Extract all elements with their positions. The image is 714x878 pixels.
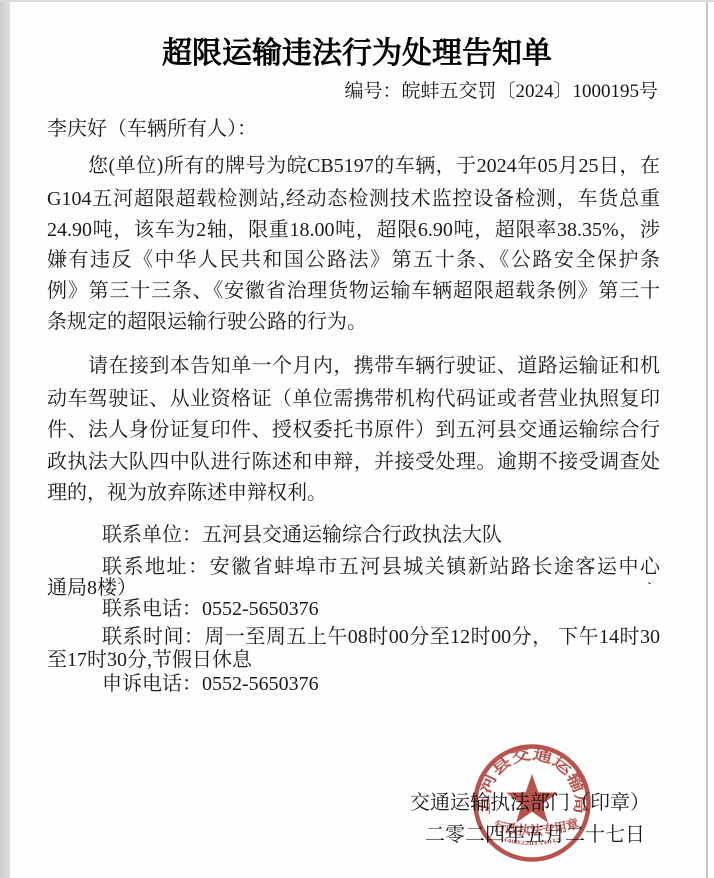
body-line: 条规定的超限运输行驶公路的行为。 xyxy=(47,309,660,339)
seal-star-icon xyxy=(506,774,557,823)
body-line: 嫌有违反《中华人民共和国公路法》第五十条、《公路安全保护条 xyxy=(47,247,660,277)
seal-bottom-text: 行政执法专用章 xyxy=(492,816,580,838)
body-line: 动车驾驶证、从业资格证（单位需携带机构代码证或者营业执照复印 xyxy=(47,386,660,416)
official-red-seal: 五河县交通运输局 行政执法专用章 3403220151813 xyxy=(468,739,596,867)
contact-phone-line: 联系电话：0552-5650376 xyxy=(47,596,660,626)
svg-text:3403220151813: 3403220151813 xyxy=(501,837,562,847)
body-line: G104五河超限超载检测站,经动态检测技术监控设备检测，车货总重 xyxy=(47,186,660,216)
contact-unit-line: 联系单位：五河县交通运输综合行政执法大队 xyxy=(47,522,660,552)
document-page: 超限运输违法行为处理告知单 编号：皖蚌五交罚〔2024〕1000195号 李庆好… xyxy=(0,0,714,878)
seal-code: 3403220151813 xyxy=(501,837,562,847)
svg-text:行政执法专用章: 行政执法专用章 xyxy=(492,816,580,838)
body-line: 件、法人身份证复印件、授权委托书原件）到五河县交通运输综合行 xyxy=(47,417,660,447)
scan-edge-left xyxy=(0,2,10,878)
body-line: 请在接到本告知单一个月内，携带车辆行驶证、道路运输证和机 xyxy=(47,353,660,383)
body-line: 例》第三十三条、《安徽省治理货物运输车辆超限超载条例》第三十 xyxy=(47,278,660,308)
document-title: 超限运输违法行为处理告知单 xyxy=(0,28,714,72)
scan-edge-right xyxy=(706,2,708,878)
body-line: 理的，视为放弃陈述申辩权利。 xyxy=(47,480,660,510)
addressee-line: 李庆好（车辆所有人）： xyxy=(47,116,660,146)
document-number: 编号：皖蚌五交罚〔2024〕1000195号 xyxy=(0,76,658,103)
body-line: 政执法大队四中队进行陈述和申辩，并接受处理。逾期不接受调查处 xyxy=(47,449,660,479)
body-line: 您(单位)所有的牌号为皖CB5197的车辆，于2024年05月25日，在 xyxy=(47,153,660,183)
appeal-phone-line: 申诉电话：0552-5650376 xyxy=(47,671,660,701)
body-line: 24.90吨，该车为2轴，限重18.00吨，超限6.90吨，超限率38.35%，… xyxy=(47,217,660,247)
